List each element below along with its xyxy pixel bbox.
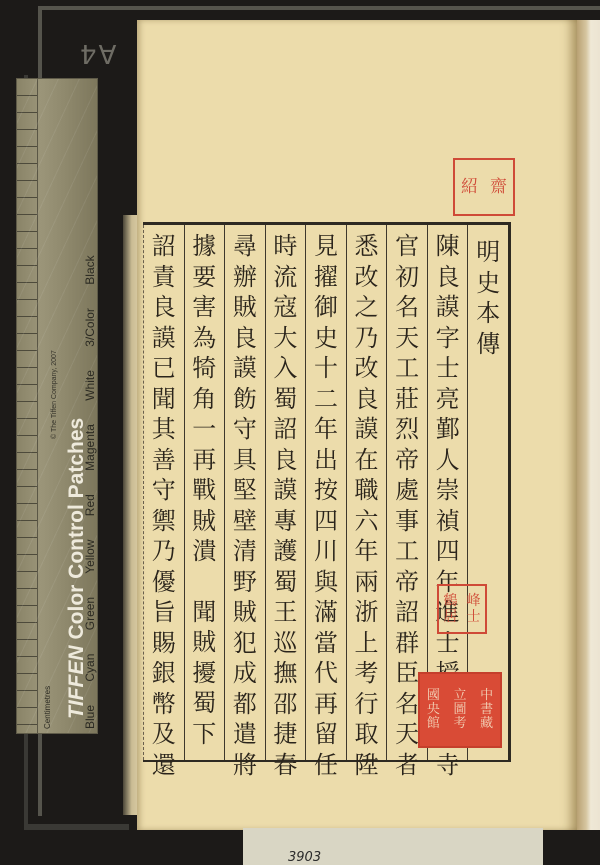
character: 十 [312,353,340,384]
character: 改 [353,262,381,293]
seal-character: 央 [420,703,447,717]
character: 清 [231,536,259,567]
character: 群 [393,628,421,659]
character: 年 [312,414,340,445]
character: 明 [474,237,502,268]
character: 撫 [271,658,299,689]
character: 專 [271,506,299,537]
catalog-number: 3903 [288,850,321,865]
character: 飭 [231,384,259,415]
board-size-label: A4 [78,38,116,68]
seal-character: 齋 [484,178,513,197]
character: 邵 [271,689,299,720]
character: 留 [312,719,340,750]
character: 據 [190,231,218,262]
character: 遣 [231,719,259,750]
character: 賊 [190,506,218,537]
character: 職 [353,475,381,506]
character: 四 [312,506,340,537]
character: 出 [312,445,340,476]
character: 考 [353,658,381,689]
patch-label: Black [83,255,97,284]
character: 行 [353,689,381,720]
character: 官 [393,231,421,262]
character: 蜀 [271,384,299,415]
character: 兩 [353,567,381,598]
character: 烈 [393,414,421,445]
character: 寺 [434,750,462,781]
character: 流 [271,262,299,293]
character: 都 [231,689,259,720]
character: 入 [271,353,299,384]
character: 守 [150,475,178,506]
collector-seal-middle: 鶴峰居士 [437,584,487,634]
patch-label: Magenta [83,424,97,471]
character: 史 [312,323,340,354]
character: 良 [231,323,259,354]
character: 善 [150,445,178,476]
character: 帝 [393,445,421,476]
character: 大 [271,323,299,354]
character: 在 [353,445,381,476]
character: 蜀 [190,688,218,719]
character: 六 [353,506,381,537]
text-column: 悉改之乃改良謨在職六年兩浙上考行取陞 [346,225,387,760]
character: 寇 [271,292,299,323]
character: 責 [150,262,178,293]
character: 帝 [393,567,421,598]
character: 乃 [353,323,381,354]
character: 事 [393,506,421,537]
character: 按 [312,475,340,506]
character: 士 [434,353,462,384]
character: 擢 [312,262,340,293]
text-column: 時流寇大入蜀詔良謨專護蜀王巡撫邵捷春 [265,225,306,760]
text-column: 尋辦賊良謨飭守具堅壁清野賊犯成都遣將 [224,225,265,760]
character: 禦 [150,506,178,537]
character: 潰 [190,536,218,567]
seal-character: 圖 [447,703,474,717]
character: 工 [393,353,421,384]
character: 詔 [393,597,421,628]
character: 再 [190,445,218,476]
character: 四 [434,536,462,567]
character: 良 [150,292,178,323]
character: 一 [190,414,218,445]
character: 與 [312,567,340,598]
character: 尋 [231,231,259,262]
patch-label: Red [83,494,97,516]
character: 禎 [434,506,462,537]
text-column: 見擢御史十二年出按四川與滿當代再留任 [305,225,346,760]
seal-character: 館 [420,717,447,731]
character: 改 [353,353,381,384]
character: 犄 [190,353,218,384]
text-column: 詔責良謨已聞其善守禦乃優旨賜銀幣及還 [143,225,184,760]
patch-label: 3/Color [83,308,97,347]
character: 名 [393,689,421,720]
seal-character: 峰 [462,593,485,609]
character: 堅 [231,475,259,506]
character: 賊 [231,292,259,323]
character: 王 [271,597,299,628]
seal-character: 書 [473,703,500,717]
seal-character: 藏 [473,717,500,731]
character: 謨 [353,414,381,445]
character: 及 [150,719,178,750]
character: 謨 [231,353,259,384]
character: 者 [393,750,421,781]
character: 天 [393,323,421,354]
character: 賊 [231,597,259,628]
character: 為 [190,323,218,354]
character: 其 [150,414,178,445]
character: 壁 [231,506,259,537]
character: 詔 [271,414,299,445]
character: 幣 [150,689,178,720]
character: 良 [353,384,381,415]
character: 春 [271,750,299,781]
patch-label: Blue [83,705,97,729]
character: 還 [150,750,178,781]
character: 悉 [353,231,381,262]
character: 具 [231,445,259,476]
character: 御 [312,292,340,323]
character: 謨 [150,323,178,354]
character: 謨 [271,475,299,506]
character: 年 [353,536,381,567]
character: 見 [312,231,340,262]
patch-label: Green [83,597,97,630]
character: 害 [190,292,218,323]
patch-label: Cyan [83,654,97,682]
character: 賊 [190,627,218,658]
character: 護 [271,536,299,567]
character: 崇 [434,475,462,506]
seal-character: 國 [420,689,447,703]
character: 當 [312,628,340,659]
character: 守 [231,414,259,445]
character: 要 [190,262,218,293]
character: 犯 [231,628,259,659]
character: 人 [434,445,462,476]
character: 浙 [353,597,381,628]
character: 之 [353,292,381,323]
character: 本 [474,298,502,329]
character: 捷 [271,719,299,750]
character: 名 [393,292,421,323]
character: 時 [271,231,299,262]
character: 成 [231,658,259,689]
character: 謨 [434,292,462,323]
character: 良 [271,445,299,476]
character: 傳 [474,329,502,360]
character: 二 [312,384,340,415]
character: 臣 [393,658,421,689]
character: 工 [393,536,421,567]
patch-label: Yellow [83,540,97,574]
character: 優 [150,567,178,598]
character: 聞 [190,597,218,628]
character: 將 [231,750,259,781]
character: 天 [393,719,421,750]
seal-character: 紹 [455,178,484,197]
character: 莊 [393,384,421,415]
character: 角 [190,384,218,415]
character: 辦 [231,262,259,293]
character: 史 [474,268,502,299]
character: 上 [353,628,381,659]
seal-character: 中 [473,689,500,703]
character: 代 [312,658,340,689]
character: 旨 [150,597,178,628]
seal-character: 立 [447,689,474,703]
character: 處 [393,475,421,506]
character: 滿 [312,597,340,628]
character: 任 [312,750,340,781]
character: 陞 [353,750,381,781]
character: 下 [190,719,218,750]
patch-label: White [83,370,97,401]
seal-character: 鶴 [439,593,462,609]
character: 戰 [190,475,218,506]
character: 野 [231,567,259,598]
character: 字 [434,323,462,354]
character: 鄞 [434,414,462,445]
character: 亮 [434,384,462,415]
collector-seal-top: 紹齋 [453,158,515,216]
character: 擾 [190,658,218,689]
patch-labels: Blue Cyan Green Yellow Red Magenta White… [83,255,97,729]
seal-character: 居 [439,609,462,625]
character: 巡 [271,628,299,659]
color-control-strip: Centimetres © The Tiffen Company, 2007 T… [16,78,98,734]
character: 銀 [150,658,178,689]
seal-character: 士 [462,609,485,625]
character: 詔 [150,231,178,262]
character: 已 [150,353,178,384]
copyright-text: © The Tiffen Company, 2007 [51,350,58,439]
seal-character: 考 [447,717,474,731]
text-column: 據要害為犄角一再戰賊潰聞賊擾蜀下 [184,225,225,760]
character: 再 [312,689,340,720]
character: 川 [312,536,340,567]
character: 賜 [150,628,178,659]
character: 乃 [150,536,178,567]
character: 初 [393,262,421,293]
character: 蜀 [271,567,299,598]
library-seal: 國立中央圖書館考藏 [418,672,502,748]
units-label: Centimetres [43,686,52,729]
character: 良 [434,262,462,293]
page-edge [577,20,600,830]
character: 陳 [434,231,462,262]
character: 聞 [150,384,178,415]
character: 取 [353,719,381,750]
